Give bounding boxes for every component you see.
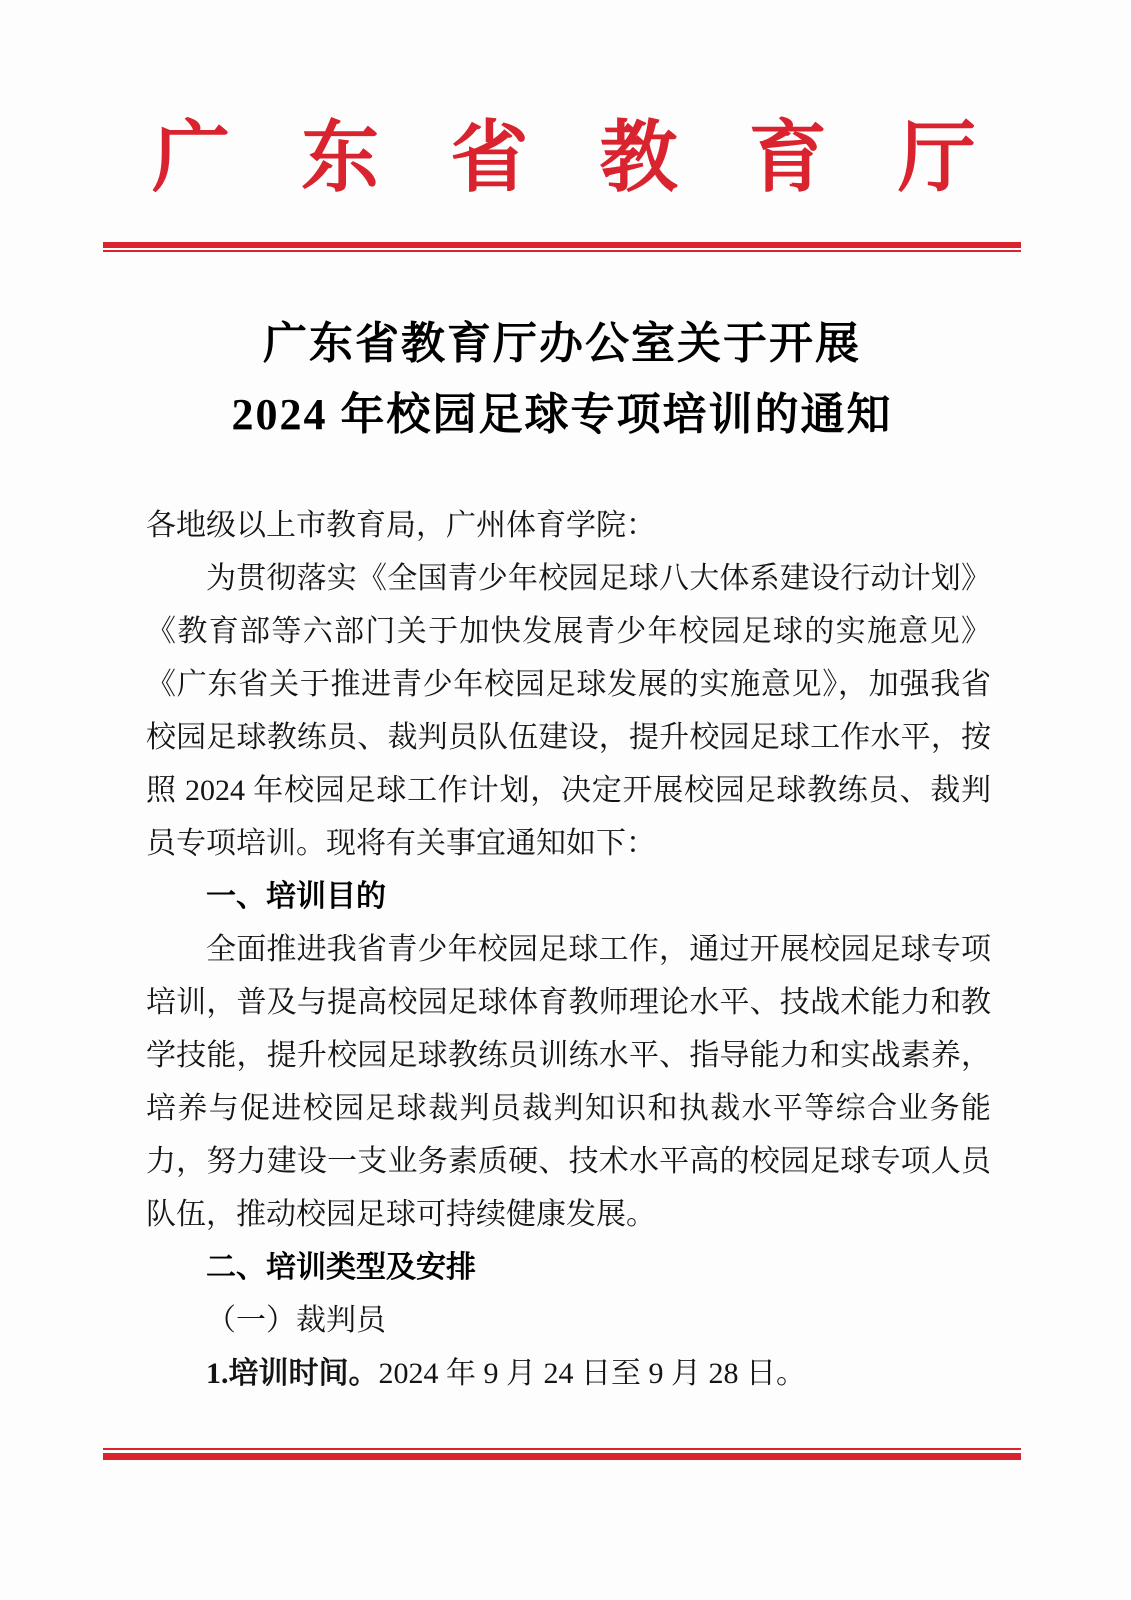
masthead-char: 育 xyxy=(749,110,827,206)
document-title: 广东省教育厅办公室关于开展 2024 年校园足球专项培训的通知 xyxy=(103,308,1021,450)
salutation-line: 各地级以上市教育局，广州体育学院： xyxy=(146,499,991,552)
document-title-line1: 广东省教育厅办公室关于开展 xyxy=(103,308,1021,379)
training-time-label: 1.培训时间。 xyxy=(206,1357,379,1390)
masthead-char: 厅 xyxy=(898,110,976,206)
rule-thick-bar xyxy=(103,1453,1021,1460)
section-heading-1: 一、培训目的 xyxy=(146,870,991,923)
agency-masthead: 广 东 省 教 育 厅 xyxy=(152,110,976,210)
section-heading-2: 二、培训类型及安排 xyxy=(146,1241,991,1294)
masthead-char: 省 xyxy=(450,110,528,206)
training-time-line: 1.培训时间。2024 年 9 月 24 日至 9 月 28 日。 xyxy=(146,1347,991,1400)
masthead-char: 教 xyxy=(600,110,678,206)
document-title-line2: 2024 年校园足球专项培训的通知 xyxy=(103,379,1021,450)
document-body: 各地级以上市教育局，广州体育学院： 为贯彻落实《全国青少年校园足球八大体系建设行… xyxy=(146,499,991,1400)
document-page: 广 东 省 教 育 厅 广东省教育厅办公室关于开展 2024 年校园足球专项培训… xyxy=(0,0,1131,1600)
intro-paragraph: 为贯彻落实《全国青少年校园足球八大体系建设行动计划》《教育部等六部门关于加快发展… xyxy=(146,552,991,870)
rule-thin-bar xyxy=(103,250,1021,252)
masthead-char: 东 xyxy=(301,110,379,206)
purpose-paragraph: 全面推进我省青少年校园足球工作，通过开展校园足球专项培训，普及与提高校园足球体育… xyxy=(146,923,991,1241)
sub-heading-referee: （一）裁判员 xyxy=(146,1294,991,1347)
footer-divider-rule xyxy=(103,1448,1021,1460)
masthead-char: 广 xyxy=(152,110,230,206)
training-time-value: 2024 年 9 月 24 日至 9 月 28 日。 xyxy=(379,1357,807,1390)
header-divider-rule xyxy=(103,242,1021,252)
